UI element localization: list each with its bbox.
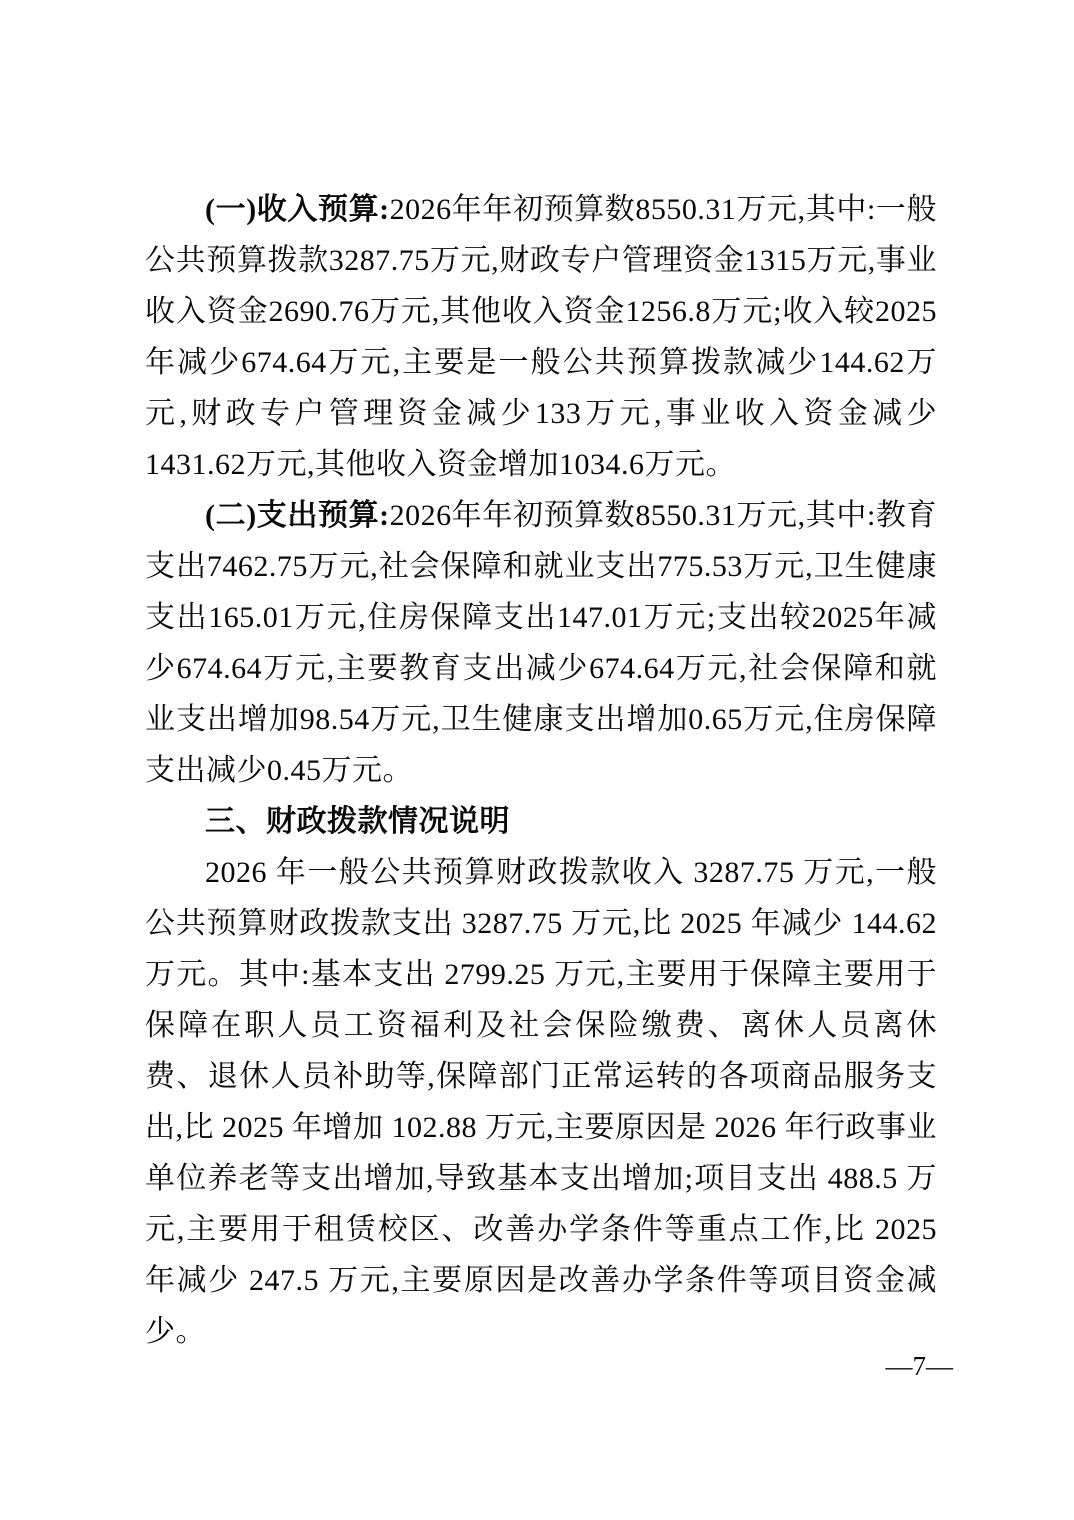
paragraph-income-budget: (一)收入预算:2026年年初预算数8550.31万元,其中:一般公共预算拨款3…	[145, 184, 937, 490]
expenditure-budget-text: 2026年年初预算数8550.31万元,其中:教育支出7462.75万元,社会保…	[145, 499, 937, 787]
section-heading-fiscal-appropriation: 三、财政拨款情况说明	[145, 796, 937, 847]
page-number: —7—	[886, 1348, 954, 1384]
document-body: (一)收入预算:2026年年初预算数8550.31万元,其中:一般公共预算拨款3…	[145, 184, 937, 1357]
income-budget-label: (一)收入预算:	[205, 193, 390, 226]
paragraph-fiscal-appropriation: 2026 年一般公共预算财政拨款收入 3287.75 万元,一般公共预算财政拨款…	[145, 847, 937, 1357]
paragraph-expenditure-budget: (二)支出预算:2026年年初预算数8550.31万元,其中:教育支出7462.…	[145, 490, 937, 796]
expenditure-budget-label: (二)支出预算:	[205, 499, 390, 532]
document-page: (一)收入预算:2026年年初预算数8550.31万元,其中:一般公共预算拨款3…	[0, 0, 1074, 1520]
income-budget-text: 2026年年初预算数8550.31万元,其中:一般公共预算拨款3287.75万元…	[145, 193, 937, 481]
